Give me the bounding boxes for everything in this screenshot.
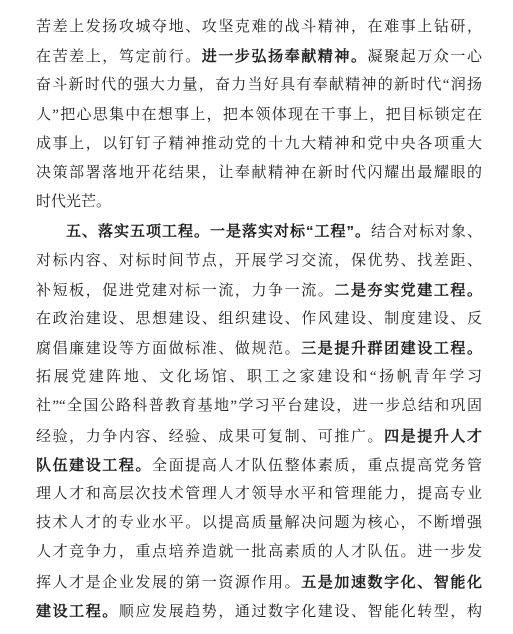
- text-segment: 在政治建设、思想建设、组织建设、作风建设、制度建设、反: [36, 311, 482, 327]
- document-page: 苦差上发扬攻城夺地、攻坚克难的战斗精神，在难事上钻研，在苦差上，笃定前行。进一步…: [0, 0, 513, 634]
- text-line: 腐倡廉建设等方面做标准、做规范。三是提升群团建设工程。: [36, 334, 482, 363]
- text-line: 理人才和高层次技术管理人才领导水平和管理能力，提高专业: [36, 480, 482, 509]
- text-line: 人才竞争力，重点培养造就一批高素质的人才队伍。进一步发: [36, 538, 482, 567]
- text-line: 拓展党建阵地、文化场馆、职工之家建设和“扬帆青年学习: [36, 363, 482, 392]
- text-segment: 社”“全国公路科普教育基地”学习平台建设，进一步总结和巩固: [36, 398, 482, 414]
- text-line: 对标内容、对标时间节点，开展学习交流，保优势、找差距、: [36, 247, 482, 276]
- text-line: 建设工程。顺应发展趋势，通过数字化建设、智能化转型，构: [36, 597, 482, 626]
- text-segment-bold: 五、落实五项工程。: [66, 224, 210, 240]
- text-segment: 对标内容、对标时间节点，开展学习交流，保优势、找差距、: [36, 253, 482, 269]
- text-segment: 补短板，促进党建对标一流，力争一流。: [36, 283, 334, 299]
- text-segment-bold: 五是加速数字化、智能化: [301, 574, 482, 591]
- text-line: 社”“全国公路科普教育基地”学习平台建设，进一步总结和巩固: [36, 392, 482, 421]
- text-line: 五、落实五项工程。一是落实对标“工程”。结合对标对象、: [36, 217, 482, 246]
- text-line: 时代光芒。: [36, 188, 482, 217]
- text-line: 在苦差上，笃定前行。进一步弘扬奉献精神。凝聚起万众一心: [36, 42, 482, 71]
- text-segment: 时代光芒。: [36, 194, 111, 210]
- text-line: 挥人才是企业发展的第一资源作用。五是加速数字化、智能化: [36, 568, 482, 597]
- text-segment-bold: 三是提升群团建设工程。: [301, 340, 482, 357]
- text-line: 苦差上发扬攻城夺地、攻坚克难的战斗精神，在难事上钻研，: [36, 13, 482, 42]
- text-segment: 经验，力争内容、经验、成果可复制、可推广。: [36, 429, 384, 445]
- text-line: 决策部署落地开花结果，让奉献精神在新时代闪耀出最耀眼的: [36, 159, 482, 188]
- text-line: 人”把心思集中在想事上，把本领体现在干事上，把目标锁定在: [36, 101, 482, 130]
- text-segment: 顺应发展趋势，通过数字化建设、智能化转型，构: [119, 604, 482, 620]
- text-segment: 技术人才的专业水平。以提高质量解决问题为核心，不断增强: [36, 515, 482, 531]
- text-segment-bold: 四是提升人才: [384, 428, 482, 445]
- text-line: 在政治建设、思想建设、组织建设、作风建设、制度建设、反: [36, 305, 482, 334]
- text-line: 补短板，促进党建对标一流，力争一流。二是夯实党建工程。: [36, 276, 482, 305]
- text-segment: 在苦差上，笃定前行。: [36, 49, 202, 65]
- text-segment: 成事上，以钉钉子精神推动党的十九大精神和党中央各项重大: [36, 136, 482, 152]
- text-line: 成事上，以钉钉子精神推动党的十九大精神和党中央各项重大: [36, 130, 482, 159]
- text-segment: 腐倡廉建设等方面做标准、做规范。: [36, 341, 301, 357]
- text-segment: 拓展党建阵地、文化场馆、职工之家建设和“扬帆青年学习: [36, 369, 482, 385]
- text-segment-bold: 进一步弘扬奉献精神。: [202, 48, 368, 65]
- text-segment: 人才竞争力，重点培养造就一批高素质的人才队伍。进一步发: [36, 544, 482, 560]
- text-segment: 全面提高人才队伍整体素质，重点提高党务管: [152, 458, 482, 474]
- text-segment: 苦差上发扬攻城夺地、攻坚克难的战斗精神，在难事上钻研，: [36, 19, 482, 35]
- text-segment-bold: 一是落实对标“工程”。: [210, 223, 371, 240]
- text-line: 经验，力争内容、经验、成果可复制、可推广。四是提升人才: [36, 422, 482, 451]
- text-segment: 结合对标对象、: [371, 224, 482, 240]
- text-line: 奋斗新时代的强大力量，奋力当好具有奉献精神的新时代“润扬: [36, 71, 482, 100]
- text-line: 技术人才的专业水平。以提高质量解决问题为核心，不断增强: [36, 509, 482, 538]
- text-segment: 决策部署落地开花结果，让奉献精神在新时代闪耀出最耀眼的: [36, 165, 482, 181]
- text-segment-bold: 队伍建设工程。: [36, 457, 152, 474]
- text-segment-bold: 建设工程。: [36, 603, 119, 620]
- text-segment: 奋斗新时代的强大力量，奋力当好具有奉献精神的新时代“润扬: [36, 77, 482, 93]
- text-segment: 理人才和高层次技术管理人才领导水平和管理能力，提高专业: [36, 486, 482, 502]
- text-segment: 人”把心思集中在想事上，把本领体现在干事上，把目标锁定在: [36, 107, 482, 123]
- text-line: 队伍建设工程。全面提高人才队伍整体素质，重点提高党务管: [36, 451, 482, 480]
- text-segment: 凝聚起万众一心: [368, 49, 482, 65]
- text-segment: 挥人才是企业发展的第一资源作用。: [36, 575, 301, 591]
- text-segment-bold: 二是夯实党建工程。: [334, 282, 482, 299]
